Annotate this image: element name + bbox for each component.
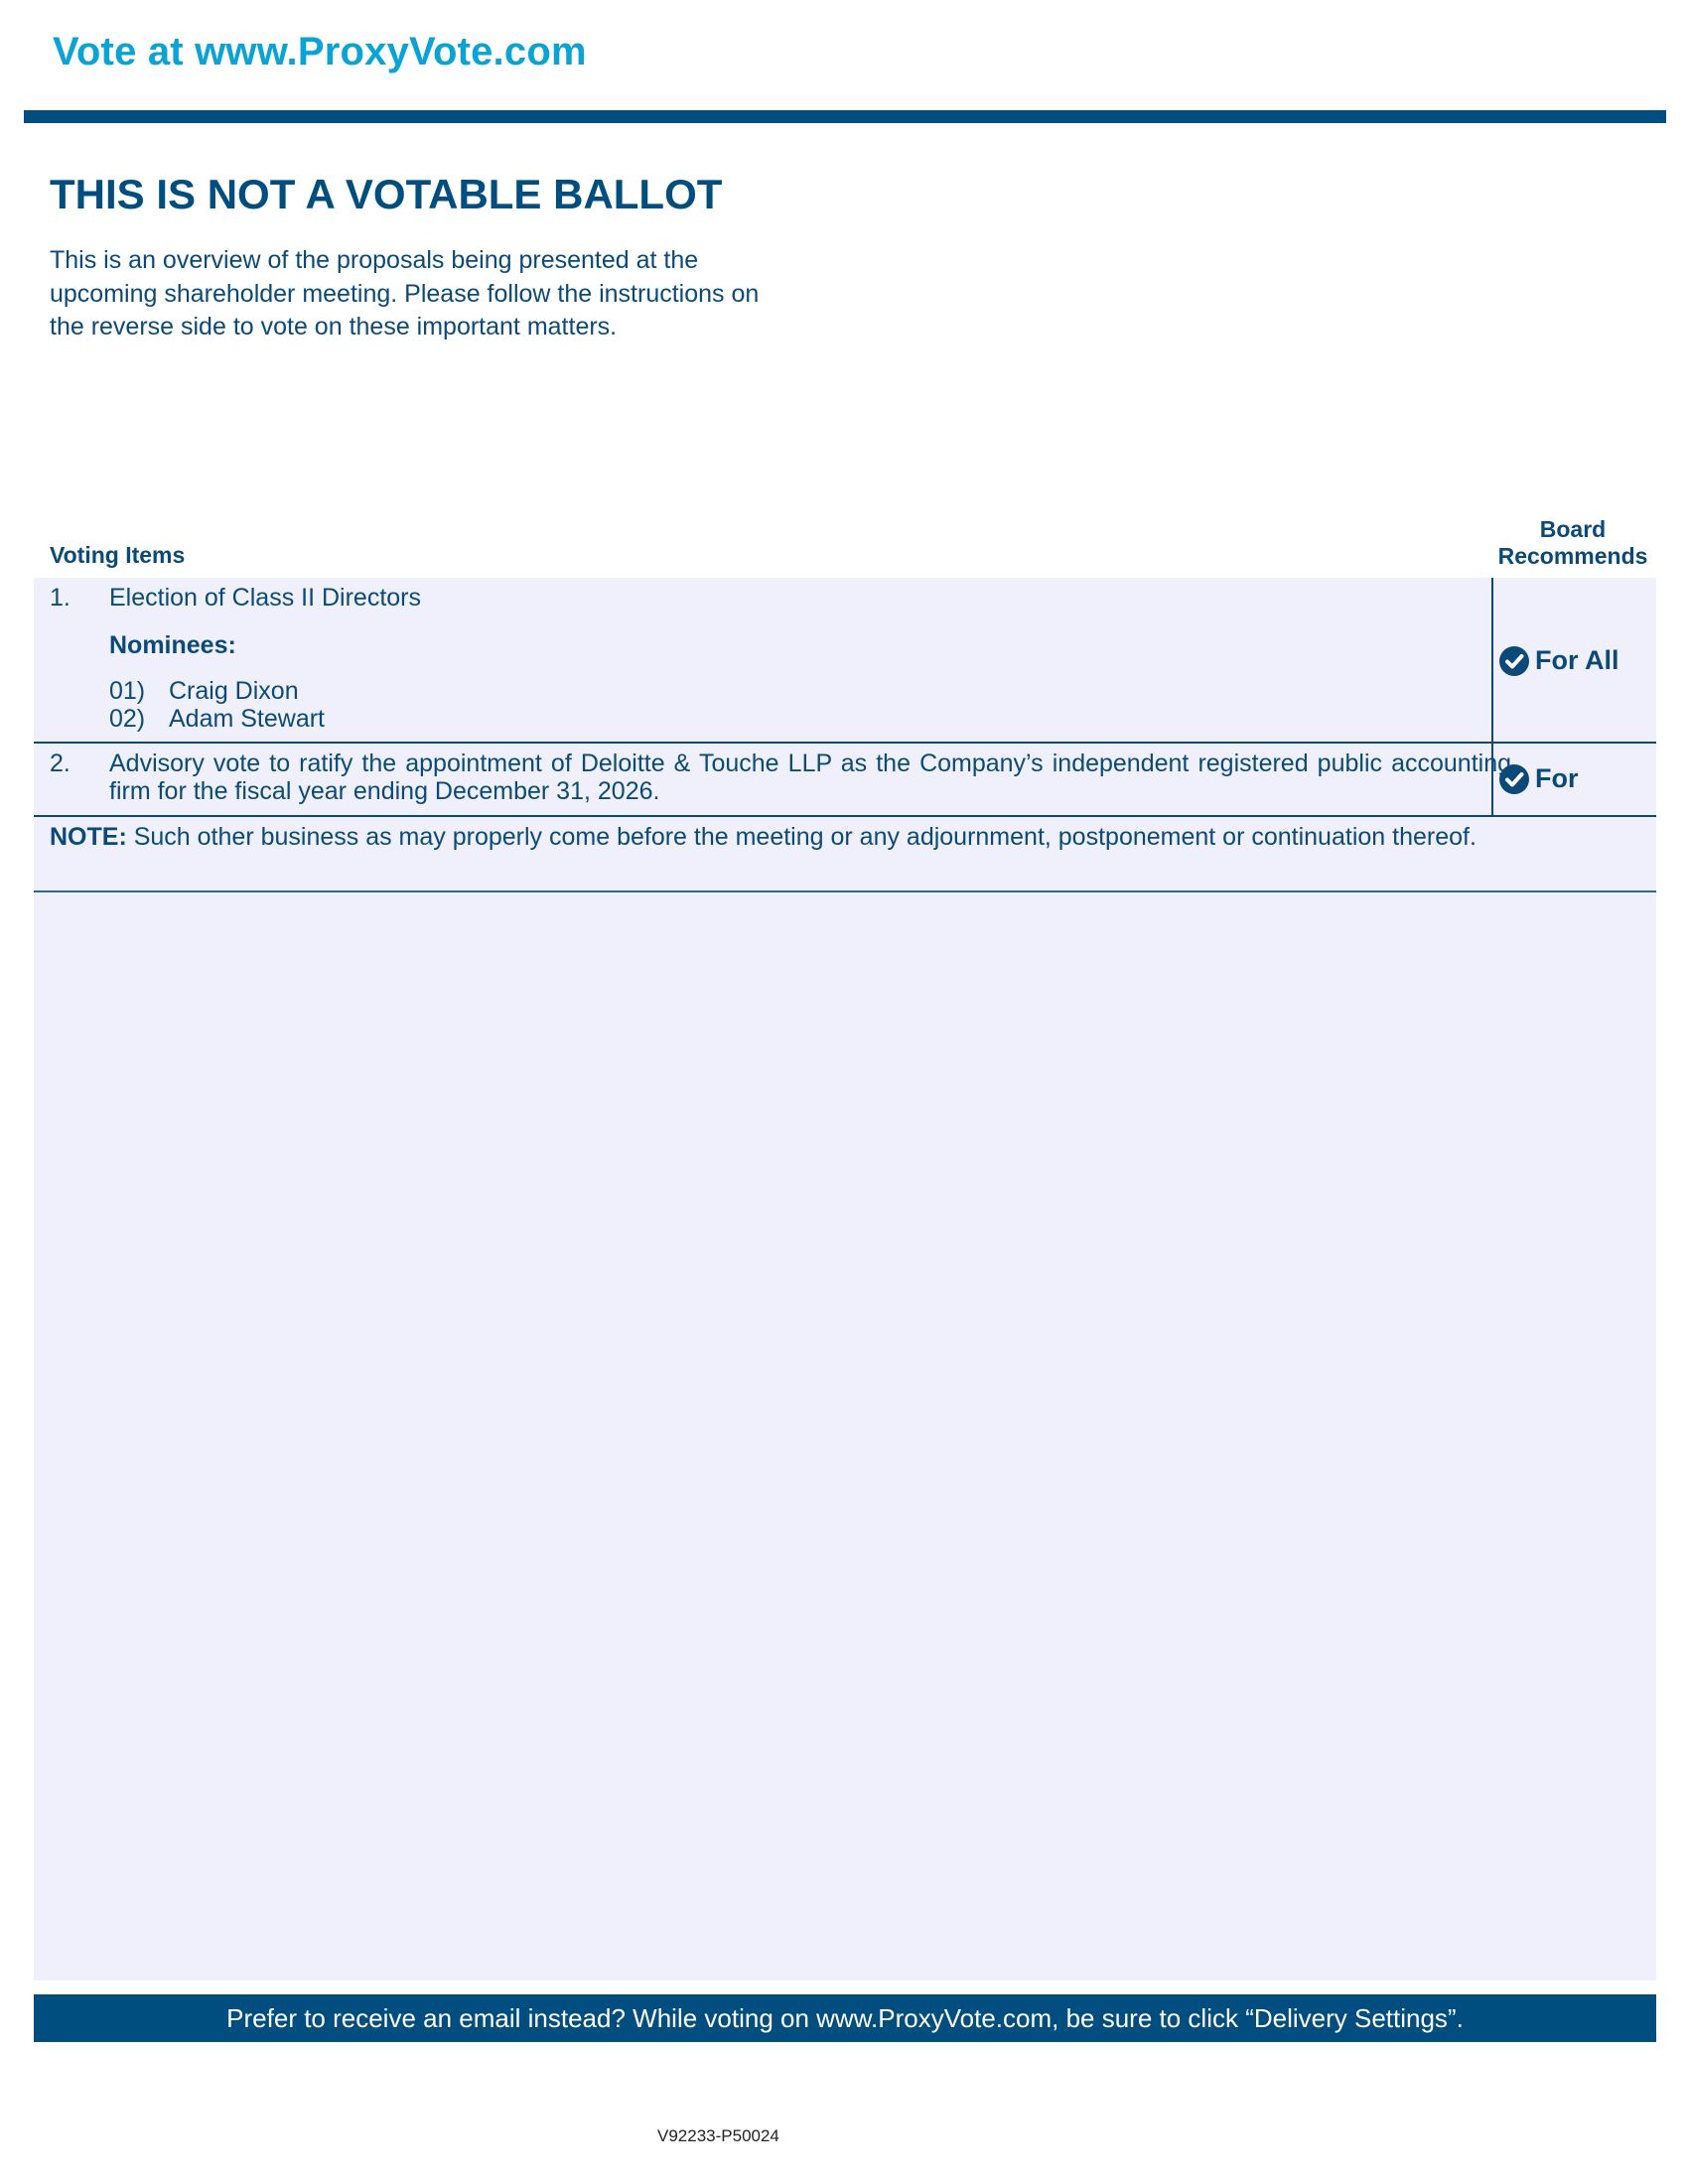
intro-line: the reverse side to vote on these import… — [50, 311, 864, 344]
item-number: 1. — [50, 584, 70, 613]
note-row: NOTE: Such other business as may properl… — [34, 817, 1656, 892]
intro-paragraph: This is an overview of the proposals bei… — [50, 244, 864, 344]
vote-at-proxyvote-link[interactable]: Vote at www.ProxyVote.com — [53, 30, 587, 74]
page-title: THIS IS NOT A VOTABLE BALLOT — [50, 171, 722, 218]
check-circle-icon — [1499, 646, 1529, 676]
recommendation-label: For — [1535, 763, 1579, 794]
document-code: V92233-P50024 — [657, 2126, 779, 2146]
nominee: 02)Adam Stewart — [109, 705, 325, 734]
board-recommends-header: Board Recommends — [1489, 516, 1656, 570]
board-header-line: Board — [1489, 516, 1656, 543]
item-number: 2. — [50, 750, 70, 778]
header-divider — [24, 110, 1666, 123]
voting-item-row: 1. Election of Class II Directors Nomine… — [34, 578, 1656, 744]
nominee-name: Craig Dixon — [169, 677, 299, 705]
note-body: Such other business as may properly come… — [127, 823, 1477, 851]
nominee: 01)Craig Dixon — [109, 677, 299, 706]
board-recommendation: For All — [1499, 645, 1619, 676]
recommendation-label: For All — [1535, 645, 1619, 676]
check-circle-icon — [1499, 764, 1529, 794]
note-text: NOTE: Such other business as may properl… — [50, 823, 1491, 851]
item-title: Election of Class II Directors — [109, 584, 421, 612]
nominee-code: 01) — [109, 677, 169, 706]
voting-items-header: Voting Items — [50, 542, 185, 569]
voting-items-panel: 1. Election of Class II Directors Nomine… — [34, 578, 1656, 1980]
voting-item-row: 2. Advisory vote to ratify the appointme… — [34, 744, 1656, 817]
intro-line: upcoming shareholder meeting. Please fol… — [50, 278, 864, 312]
item-title: Advisory vote to ratify the appointment … — [109, 750, 1511, 805]
note-label: NOTE: — [50, 823, 127, 851]
nominee-name: Adam Stewart — [169, 705, 325, 733]
nominee-code: 02) — [109, 705, 169, 734]
board-recommendation: For — [1499, 763, 1579, 794]
nominees-label: Nominees: — [109, 631, 236, 660]
board-header-line: Recommends — [1489, 543, 1656, 570]
email-delivery-banner: Prefer to receive an email instead? Whil… — [34, 1994, 1656, 2042]
intro-line: This is an overview of the proposals bei… — [50, 244, 864, 278]
